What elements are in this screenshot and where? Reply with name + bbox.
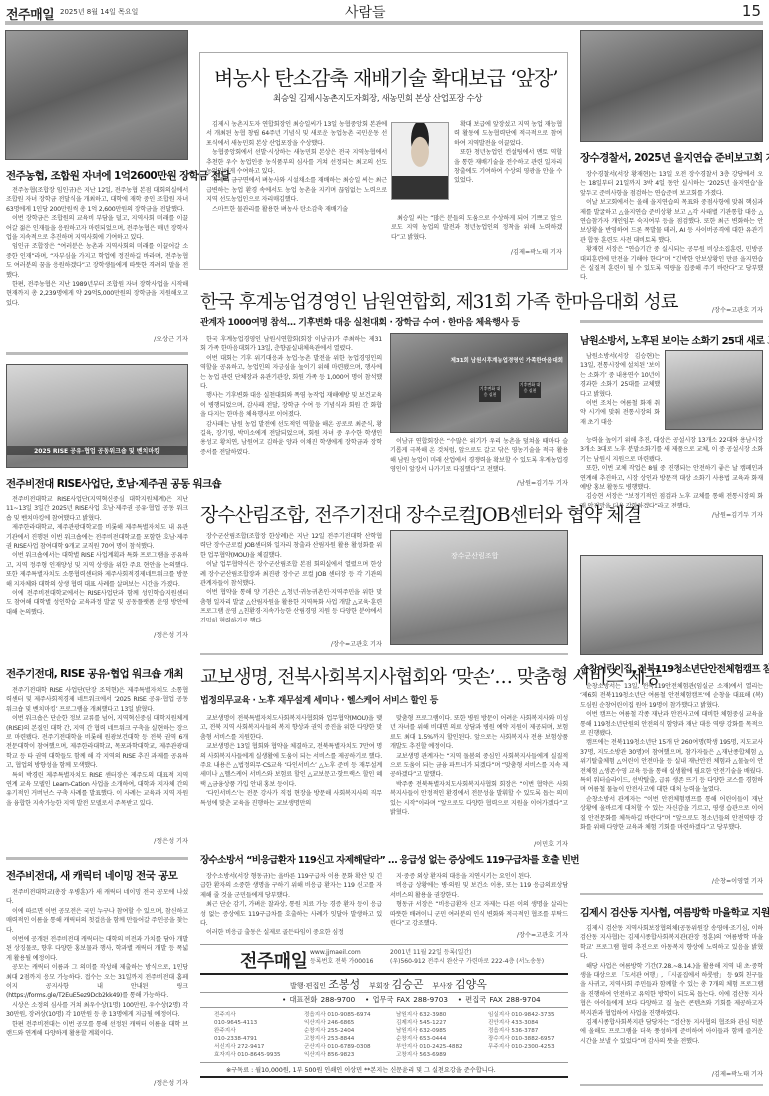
- paragraph: 황재현 서장은 “연습기간 중 실시되는 공무원 비상소집훈련, 민방공 대피훈…: [580, 245, 763, 283]
- article-body-jjk-rise: 전주기전대학 RISE 사업단(단장 조덕현)은 제주특별자치도 소통협력센터 …: [6, 686, 188, 836]
- byline: /장수=고관호 기자: [200, 639, 382, 648]
- label: 부회장: [369, 982, 389, 990]
- photo-banner: 2025 RISE 공유·협업 공동워크숍 및 벤치마킹: [7, 446, 187, 455]
- branch: 정읍지사 536-3787: [488, 1027, 568, 1035]
- branch: 군산지사 010-6789-0308: [304, 1043, 396, 1051]
- headline-gimje-geomsan[interactable]: 김제시 검산동 지사협, 여름방학 마을학교 지원: [580, 904, 769, 919]
- divider: [580, 320, 763, 323]
- fax-editorial: • 편집국 FAX 288-9704: [458, 995, 541, 1004]
- headline-jjv-character[interactable]: 전주비전대, 새 캐릭터 네이밍 전국 공모: [6, 868, 177, 883]
- paragraph: 교보생명은 13일 협회와 협약을 체결하고, 전북특별자치도 7만여 명의 사…: [200, 742, 382, 789]
- divider: [200, 992, 568, 993]
- headline-jjv-rise[interactable]: 전주비전대 RISE사업단, 호남·제주권 공동 워크숍: [6, 476, 221, 491]
- article-body-jangsu-police: 장수경찰서(서장 황재현)는 13일 오전 장수경찰서 3층 강당에서 오는 1…: [580, 170, 763, 312]
- photo-rise-workshop: 2025 RISE 공유·협업 공동워크숍 및 벤치마킹: [6, 364, 188, 468]
- paragraph: 공모는 캐릭터 이름과 그 의미를 작성해 제출하는 방식으로, 1인당 최대 …: [6, 963, 188, 1001]
- branch: 남원지사 632-0985: [396, 1027, 488, 1035]
- branch-row: 010-9645-4113익산지사 246-6865김제지사 545-1227진…: [214, 1019, 568, 1027]
- paragraph: 이남규 연합회장은 “수많은 위기가 우리 농촌을 덮쳐올 때마다 슬기롭게 극…: [390, 437, 568, 475]
- imprint-phones: • 대표전화 288-9700 • 업무국 FAX 288-9703 • 편집국…: [282, 995, 541, 1005]
- branch: 김제지사 545-1227: [396, 1019, 488, 1027]
- divider: [200, 973, 568, 975]
- paragraph: 한편 전주비전대는 이번 공모를 통해 선정된 캐릭터 이름을 대학 브랜드와 …: [6, 1020, 188, 1039]
- paragraph: 이번 조치는 여름철 화재 취약 시기에 맞춰 전통시장의 화재 초기 대응: [580, 399, 660, 427]
- paragraph: 맞춤형 프로그램이다. 또한 병원 방문이 어려운 사회복지사와 미성년 자녀를…: [390, 714, 568, 752]
- paragraph: 전주농협(조합장 임인규)은 지난 12일, 전주농협 본점 대회의실에서 조합…: [6, 186, 188, 214]
- imprint-founded: 2001년 11월 22일 등록(일간): [390, 948, 472, 957]
- branch-row: 완주지사순창지사 255-2404남원지사 632-0985정읍지사 536-3…: [214, 1027, 568, 1035]
- paragraph: 능력을 높이기 위해 추진, 대상은 공설시장 13개소 22대와 용남시장 3…: [580, 436, 763, 464]
- paragraph: 남원소방서(서장 김승현)는 13일, 전통시장에 설치된 ‘보이는 소화기’ …: [580, 352, 660, 399]
- paragraph: 확대 보급에 앞장섰고 지역 농업 재능협력 활동에 도농협력단에 적극적으로 …: [454, 120, 562, 148]
- subheadline-namwon-farm: 관계자 1000여명 참석… 기후변화 대응 실천대회 · 장학금 수여 · 한…: [200, 315, 520, 328]
- article-body-jangsu-fire-col2: 지·중증 외상 환자의 대응을 지연시키는 요인이 된다. 비응급 상황에는 병…: [390, 872, 568, 928]
- phone-main: • 대표전화 288-9700: [282, 995, 355, 1004]
- article-body-jeonju-nh: 전주농협(조합장 임인규)은 지난 12일, 전주농협 본점 대회의실에서 조합…: [6, 186, 188, 316]
- paragraph: 지·중증 외상 환자의 대응을 지연시키는 요인이 된다.: [390, 872, 568, 881]
- article-body-jangsu-forest: 장수군산림조합(조합장 한상례)은 지난 12일 전주기전대학 산학협력단 장수…: [200, 532, 382, 622]
- paragraph: 전주기전대학 RISE 사업단(단장 조덕현)은 제주특별자치도 소통협력센터 …: [6, 686, 188, 714]
- imprint-footer: ※구독료 : 월10,000원, 1부 500원 인쇄인 이상민 **본지는 신…: [226, 1065, 496, 1074]
- page-number: 15: [742, 2, 761, 20]
- photo-banner: 장수군산림조합: [451, 551, 498, 561]
- paragraph: 이날 업무협약식은 장수군산림조합 본점 회의실에서 열렸으며 한상례 장수군산…: [200, 560, 382, 588]
- paragraph: 전주비전대학교 RISE사업단(지역혁신중심 대학지원체계)은 지난 11~13…: [6, 495, 188, 523]
- divider: [200, 653, 568, 655]
- subheadline-main: 최승일 김제시농촌지도자회장, 새농민회 본상 산업포장 수상: [273, 92, 482, 104]
- byline: /이민호 기자: [390, 839, 568, 848]
- paragraph: 이번 협약을 통해 양 기관은 △청년·귀농귀촌인·지역주민을 위한 맞춤형 일…: [200, 588, 382, 622]
- article-body-namwon-fire: 능력을 높이기 위해 추진, 대상은 공설시장 13개소 22대와 용남시장 3…: [580, 436, 763, 508]
- paragraph: 시상은 소정의 심사를 거쳐 최우수상(1명) 100만원, 우수상(2명) 각…: [6, 1001, 188, 1020]
- paragraph: 특히 박경린 제주특별자치도 RISE 센터장은 제주도의 대표적 지역 연계 …: [6, 771, 188, 809]
- article-body-namwon-fire-intro: 남원소방서(서장 김승현)는 13일, 전통시장에 설치된 ‘보이는 소화기’ …: [580, 352, 660, 428]
- paragraph: 이날 보고회에서는 올해 을지연습의 목표와 중점사항에 맞춰 핵심과제를 발굴…: [580, 198, 763, 245]
- paragraph: 이러한 비응급 출동은 실제로 골든타임이 중요한 심정: [200, 928, 382, 937]
- branch-row: 서신지사 272-9417군산지사 010-6789-0308부안지사 010-…: [214, 1043, 568, 1051]
- branch: 010-9645-4113: [214, 1019, 304, 1027]
- headline-jangsu-forest[interactable]: 장수산림조합, 전주기전대 장수로컬JOB센터와 협약 체결: [200, 500, 641, 527]
- article-body-main-col1: 김제시 농촌지도자 연합회장인 최승일씨가 13일 농협중앙회 본관에서 개최된…: [206, 120, 387, 265]
- branch-row: 전주지사정읍지사 010-9085-6974남원지사 632-3980임실지사 …: [214, 1011, 568, 1019]
- divider: [200, 944, 568, 945]
- headline-jeonju-nh[interactable]: 전주농협, 조합원 자녀에 1억2600만원 장학금 전달: [6, 168, 230, 183]
- paragraph: 또한, 이번 교체 작업은 8월 중 진행되는 안전하기 좋은 날 캠페인과 연…: [580, 464, 763, 492]
- photo-sunchang-camp: [580, 555, 763, 655]
- paragraph: 이에 따르면 이번 공모전은 국민 누구나 참여할 수 있으며, 참신하고 매력…: [6, 907, 188, 935]
- article-body-namwon-farm-col2: 이남규 연합회장은 “수많은 위기가 우리 농촌을 덮쳐올 때마다 슬기롭게 극…: [390, 437, 568, 483]
- branch: 임실지사 010-9842-3735: [488, 1011, 568, 1019]
- paragraph: 장수군산림조합(조합장 한상례)은 지난 12일 전주기전대학 산학협력단 장수…: [200, 532, 382, 560]
- byline: /장수=고관호 기자: [580, 305, 763, 314]
- branch: 완주지사: [214, 1027, 304, 1035]
- issue-date: 2025년 8월 14일 목요일: [60, 7, 138, 17]
- imprint-address: (우)560-912 전주시 완산구 가련마로 222-4층 (서노송동): [390, 957, 544, 966]
- branch: 익산지사 246-6865: [304, 1019, 396, 1027]
- article-body-jjv-character: 전주비전대학교(총장 우병훈)가 새 캐릭터 네이밍 전국 공모에 나섰다. 이…: [6, 888, 188, 1078]
- article-body-main-col2: 확대 보급에 앞장섰고 지역 농업 재능협력 활동에 도농협력단에 적극적으로 …: [454, 120, 562, 204]
- photo-sign: 기후변화 대응 실천: [519, 382, 541, 398]
- label: 발행·편집인: [290, 982, 326, 990]
- header-divider: [5, 21, 763, 25]
- paragraph: 전주비전대학교(총장 우병훈)가 새 캐릭터 네이밍 전국 공모에 나섰다.: [6, 888, 188, 907]
- branch: 순창지사 255-2404: [304, 1027, 396, 1035]
- headline-namwon-fire[interactable]: 남원소방서, 노후된 보이는 소화기 25대 새로 교체: [580, 332, 769, 347]
- paragraph: 이번 대회는 기후 위기대응과 농업·농촌 발전을 위한 농업경영인의 역할을 …: [200, 354, 382, 392]
- branch: 전주지사: [214, 1011, 304, 1019]
- portrait-choi-seungil: [391, 122, 449, 200]
- paragraph: ‘다인서비스’는 전문 강사가 직접 현장을 방문해 사회복지사의 직무 특성에…: [200, 789, 382, 808]
- branch: 장수지사 010-3882-6957: [488, 1035, 568, 1043]
- paragraph: 장수소방서(서장 형동규)는 올바른 119구급차 이용 문화 확산 및 긴급한…: [200, 872, 382, 900]
- branch: 서신지사 272-9417: [214, 1043, 304, 1051]
- branch: 무주지사 010-2300-4253: [488, 1043, 568, 1051]
- article-body-jjv-rise: 전주비전대학교 RISE사업단(지역혁신중심 대학지원체계)은 지난 11~13…: [6, 495, 188, 637]
- paragraph: 행사는 기후변화 대응 실천대회와 폭염 농작업 재해예방 및 보건교육이 병행…: [200, 391, 382, 419]
- imprint-brand: 전주매일: [240, 947, 308, 973]
- paragraph: 김제시종합사회복지관 담당자는 “검산동 지사협의 협조와 관심 덕분에 올해도…: [580, 1018, 763, 1046]
- paragraph: 김제시 검산동 지역사회보장협의체(공동위원장 송영애·조기심, 이하 검산동 …: [580, 924, 763, 962]
- byline: /남원=김기두 기자: [390, 478, 568, 487]
- section-title: 사람들: [345, 2, 386, 22]
- paragraph: 이번에 공개된 전주비전대 캐릭터는 대학의 비전과 가치를 담아 개발된 상징…: [6, 935, 188, 963]
- byline: /정은성 기자: [6, 630, 188, 639]
- branch: 부안지사 010-2425-4882: [396, 1043, 488, 1051]
- paragraph: 한국 후계농업경영인 남원시연합회(회장 이남규)가 주최하는 제31회 가족 …: [200, 335, 382, 354]
- paragraph: 최승일 씨는 “많은 분들의 도움으로 수상하게 되어 기쁘고 앞으로도 지역 …: [391, 214, 562, 242]
- label: 부사장: [432, 982, 452, 990]
- divider: [200, 1076, 568, 1078]
- branch-row: 010-2338-4791고창지사 253-8844순창지사 653-0444장…: [214, 1035, 568, 1043]
- article-body-kyobo-col2: 맞춤형 프로그램이다. 또한 병원 방문이 어려운 사회복지사와 미성년 자녀를…: [390, 714, 568, 846]
- divider: [6, 857, 188, 860]
- branch: 익산지사 856-9823: [304, 1051, 396, 1059]
- paragraph: 교보생명 관계자는 “지역 돌봄의 중심인 사회복지사들에게 실질적으로 도움이…: [390, 752, 568, 780]
- divider: [580, 893, 763, 895]
- byline: /오상근 기자: [6, 334, 188, 343]
- photo-jangsu-forest-mou: 장수군산림조합: [390, 530, 568, 645]
- paragraph: 이번 캠프는 여름철 각종 재난과 안전사고에 대비한 체험중심 교육을 통해 …: [580, 710, 763, 738]
- branch: 남원지사 632-3980: [396, 1011, 488, 1019]
- paragraph: 최근 단순 감기, 가벼운 찰과상, 통원 치료 가능 경증 환자 등이 응급성…: [200, 900, 382, 928]
- paragraph: 이번 워크숍에서는 대학별 RISE 사업계획과 특화 프로그램을 공유하고, …: [6, 551, 188, 589]
- byline: /순창=이영열 기자: [580, 876, 763, 885]
- branch: 진안지사 433-3084: [488, 1019, 568, 1027]
- paragraph: 이번 워크숍은 단순한 정보 교류를 넘어, 지역혁신중심 대학지원체계(RIS…: [6, 714, 188, 770]
- headline-jangsu-police[interactable]: 장수경찰서, 2025년 을지연습 준비보고회 개최: [580, 150, 769, 165]
- headline-jangsu-fire[interactable]: 장수소방서 “비응급환자 119신고 자제해달라” … 응급성 없는 증상에도 …: [200, 852, 579, 866]
- headline-main[interactable]: 벼농사 탄소감축 재배기술 확대보급 ‘앞장’: [214, 62, 558, 91]
- paragraph: 스마트한 물관리를 활용한 벼농사 탄소감축 재배기술: [206, 205, 387, 214]
- branch-directory: 전주지사정읍지사 010-9085-6974남원지사 632-3980임실지사 …: [214, 1011, 568, 1059]
- paragraph: 김제시 농촌지도자 연합회장인 최승일씨가 13일 농협중앙회 본관에서 개최된…: [206, 120, 387, 148]
- paragraph: 김제시 금구면에서 벼농사와 시설채소를 재배하는 최승일 씨는 최근 급변하는…: [206, 176, 387, 204]
- vice-chair-name: 김승곤: [392, 978, 424, 991]
- paragraph: 교보생명이 전북특별자치도사회복지사협회와 업무협약(MOU)을 맺고, 전북 …: [200, 714, 382, 742]
- branch: 010-2338-4791: [214, 1035, 304, 1043]
- article-body-gimje-geomsan: 김제시 검산동 지역사회보장협의체(공동위원장 송영애·조기심, 이하 검산동 …: [580, 924, 763, 1074]
- article-body-main-quote: 최승일 씨는 “많은 분들의 도움으로 수상하게 되어 기쁘고 앞으로도 지역 …: [391, 214, 562, 242]
- article-body-kyobo-col1: 교보생명이 전북특별자치도사회복지사협회와 업무협약(MOU)을 맺고, 전북 …: [200, 714, 382, 846]
- paragraph: 감사패는 남원 농업 발전에 선도적인 역할을 해온 공로로 최준식, 황길육,…: [200, 420, 382, 458]
- paragraph: 순창소방서는 13일, 전북119안전체험관(임실군 소재)에서 열리는 ‘제6…: [580, 682, 763, 710]
- paragraph: 캠프에는 전북119청소년단 15개 단 260여명(학생 195명, 지도교사…: [580, 738, 763, 794]
- branch: [488, 1051, 568, 1059]
- paragraph: 제주한라대학교, 제주관광대학교를 비롯해 제주특별자치도 내 유관기관에서 진…: [6, 523, 188, 551]
- subheadline-kyobo: 법정의무교육 · 노후 재무설계 세미나 · 헬스케어 서비스 할인 등: [200, 693, 438, 706]
- paragraph: 김승현 서장은 “보정기적인 점검과 노후 교체를 통해 전통시장의 화재 안전…: [580, 492, 763, 508]
- divider: [200, 1062, 568, 1063]
- byline: /정은성 기자: [6, 836, 188, 845]
- branch: 효자지사 010-8645-9935: [214, 1051, 304, 1059]
- paragraph: 한편, 전주농협은 지난 1989년부터 조합원 자녀 장학사업을 시작해 현재…: [6, 280, 188, 308]
- byline: /김제=곽노태 기자: [580, 1069, 763, 1078]
- byline: /남원=김기두 기자: [580, 510, 763, 519]
- divider: [580, 1084, 763, 1086]
- paragraph: 박주종 전북특별자치도사회복지사협회 회장은 “이번 협약은 사회복지사들이 안…: [390, 780, 568, 818]
- paragraph: 이번 장학금은 조합원의 교육비 부담을 덜고, 지역사회 미래를 이끌어갈 젊…: [6, 214, 188, 242]
- branch: 고창지사 563-6989: [396, 1051, 488, 1059]
- paragraph: 비응급 상황에는 병·의원 및 보건소 이용, 또는 119 응급의료상담서비스…: [390, 881, 568, 900]
- branch: 순창지사 653-0444: [396, 1035, 488, 1043]
- byline: /장수=고관호 기자: [390, 930, 568, 939]
- publisher-name: 조봉성: [328, 978, 360, 991]
- paragraph: 해당 사업은 여름방학 기간(7.28.~8.14.)을 활용해 지역 내 초·…: [580, 962, 763, 1018]
- divider: [200, 1007, 568, 1008]
- vice-president-name: 김양옥: [455, 978, 487, 991]
- fax-business: • 업무국 FAX 288-9703: [365, 995, 448, 1004]
- divider: [6, 352, 188, 355]
- article-body-sunchang: 순창소방서는 13일, 전북119안전체험관(임실군 소재)에서 열리는 ‘제6…: [580, 682, 763, 874]
- headline-jjk-rise[interactable]: 전주기전대, RISE 공유·협업 워크숍 개최: [6, 666, 183, 681]
- imprint-officers: 발행·편집인 조봉성 부회장 김승곤 부사장 김양옥: [290, 976, 487, 992]
- imprint-registration: 등록번호 전북 가00016: [310, 957, 373, 966]
- paragraph: 이에 전주비전대학교에서는 RISE사업단과 함께 성인학습지원센터도 참여해 …: [6, 589, 188, 617]
- photo-jangsu-police: [580, 30, 763, 142]
- paragraph: 장수경찰서(서장 황재현)는 13일 오전 장수경찰서 3층 강당에서 오는 1…: [580, 170, 763, 198]
- paragraph: 또한 청년농업인 컨설팅에서 멘토 역할을 통한 재배기술을 전수하고 관련 일…: [454, 148, 562, 186]
- photo-sign: 기후변화 대응 실천: [479, 386, 501, 402]
- photo-namwon-event: 제31회 남원시후계농업경영인 가족한마음대회 기후변화 대응 실천 기후변화 …: [390, 333, 568, 433]
- paragraph: 순창소방서 관계자는 “이번 안전체험캠프를 통해 어린이들이 재난 상황에 올…: [580, 795, 763, 833]
- paragraph: 농협중앙회에서 선발·시상하는 새농민회 본상은 전국 지역농협에서 추천한 우…: [206, 148, 387, 176]
- photo-banner: 제31회 남원시후계농업경영인 가족한마음대회: [451, 356, 563, 364]
- branch: 정읍지사 010-9085-6974: [304, 1011, 396, 1019]
- paragraph: 임인규 조합장은 “여러분은 농촌과 지역사회의 미래를 이끌어갈 소중한 인재…: [6, 242, 188, 280]
- imprint-website[interactable]: www.jjmaeil.com: [310, 948, 361, 957]
- branch: 고창지사 253-8844: [304, 1035, 396, 1043]
- byline: /김제=곽노태 기자: [391, 247, 562, 256]
- paragraph: 형동규 서장은 “비응급환자 신고 자제는 다른 이의 생명을 살리는 따뜻한 …: [390, 900, 568, 928]
- photo-jeonju-nh-scholarship: [5, 30, 188, 160]
- headline-sunchang[interactable]: 순창어린이집, 전북119청소년단안전체험캠프 참가: [580, 661, 769, 675]
- article-body-namwon-farm-col1: 한국 후계농업경영인 남원시연합회(회장 이남규)가 주최하는 제31회 가족 …: [200, 335, 382, 480]
- photo-fire-extinguisher: [665, 350, 763, 430]
- branch-row: 효자지사 010-8645-9935익산지사 856-9823고창지사 563-…: [214, 1051, 568, 1059]
- byline: /정은성 기자: [6, 1078, 188, 1087]
- article-body-jangsu-fire-col1: 장수소방서(서장 형동규)는 올바른 119구급차 이용 문화 확산 및 긴급한…: [200, 872, 382, 938]
